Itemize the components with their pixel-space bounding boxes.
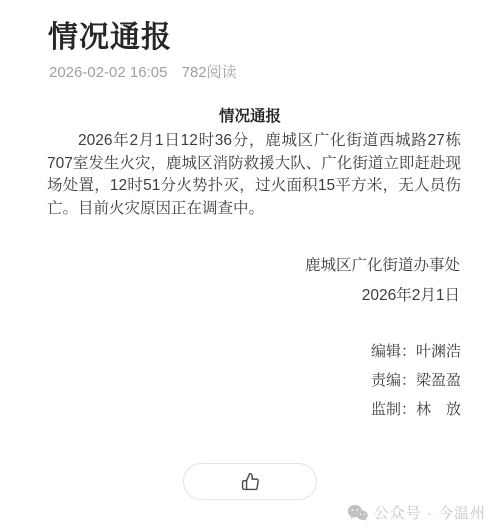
watermark: 公众号 · 今温州 bbox=[347, 502, 486, 523]
credit-supervisor: 监制：林 放 bbox=[371, 395, 461, 424]
signature-block: 鹿城区广化街道办事处 2026年2月1日 bbox=[305, 251, 460, 311]
page-title: 情况通报 bbox=[48, 12, 172, 56]
like-button[interactable] bbox=[183, 463, 317, 500]
wechat-icon bbox=[347, 504, 368, 522]
signature-date: 2026年2月1日 bbox=[305, 281, 460, 311]
article-page: 情况通报 2026-02-02 16:05 782阅读 情况通报 2026年2月… bbox=[0, 0, 500, 532]
signature-office: 鹿城区广化街道办事处 bbox=[305, 251, 460, 281]
credit-executive-editor: 责编：梁盈盈 bbox=[371, 366, 461, 395]
read-count: 782阅读 bbox=[182, 64, 237, 81]
article-paragraph: 2026年2月1日12时36分，鹿城区广化街道西城路27栋707室发生火灾，鹿城… bbox=[47, 130, 461, 220]
watermark-text: 公众号 · 今温州 bbox=[374, 502, 486, 523]
thumbs-up-icon bbox=[241, 472, 260, 491]
article-heading: 情况通报 bbox=[0, 104, 500, 126]
article-meta: 2026-02-02 16:05 782阅读 bbox=[49, 61, 237, 82]
credits-block: 编辑：叶渊浩 责编：梁盈盈 监制：林 放 bbox=[371, 337, 461, 424]
credit-editor: 编辑：叶渊浩 bbox=[371, 337, 461, 366]
publish-datetime: 2026-02-02 16:05 bbox=[49, 64, 167, 81]
